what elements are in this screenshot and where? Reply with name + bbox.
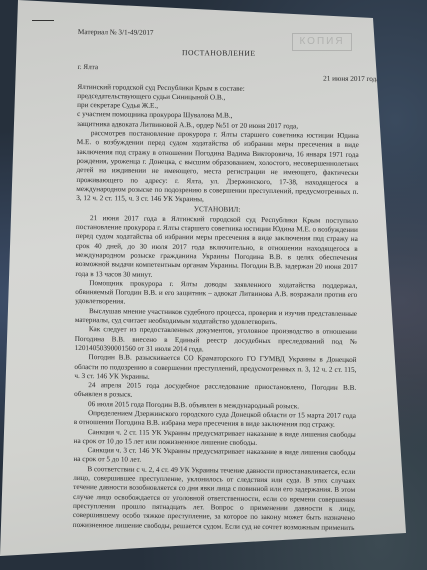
paragraph: Погодин В.В. разыскивается СО Краматорск… bbox=[74, 353, 356, 384]
city-date-row: г. Ялта 21 июня 2017 года bbox=[77, 63, 359, 86]
court-composition: Ялтинский городской суд Республики Крым … bbox=[77, 83, 359, 132]
paragraph: 21 июня 2017 года в Ялтинский городской … bbox=[75, 214, 358, 282]
city: г. Ялта bbox=[78, 63, 99, 73]
paragraph: 24 апреля 2015 года досудебное расследов… bbox=[74, 381, 356, 403]
paragraph: Определением Дзержинского городского суд… bbox=[74, 409, 356, 431]
document-body: Материал № 3/1-49/2017 ПОСТАНОВЛЕНИЕ г. … bbox=[73, 28, 360, 533]
paragraph: Как следует из предоставленных документо… bbox=[75, 325, 357, 356]
pen-mark bbox=[32, 20, 54, 21]
considered-paragraph: рассмотрев постановление прокурора г. Ял… bbox=[76, 129, 359, 206]
document-date: 21 июня 2017 года bbox=[323, 74, 379, 84]
paragraph: В соответствии с ч. 2, 4 ст. 49 УК Украи… bbox=[73, 465, 356, 533]
document-page: КОПИЯ Материал № 3/1-49/2017 ПОСТАНОВЛЕН… bbox=[0, 0, 427, 570]
paragraph: Помощник прокурора г. Ялты доводы заявле… bbox=[75, 279, 357, 310]
document-title: ПОСТАНОВЛЕНИЕ bbox=[78, 47, 360, 59]
material-number: Материал № 3/1-49/2017 bbox=[78, 28, 360, 40]
